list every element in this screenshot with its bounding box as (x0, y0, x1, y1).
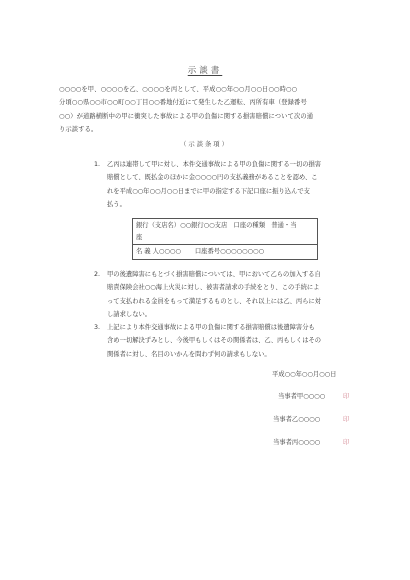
seal-icon: 印 (343, 437, 349, 446)
party-c-signature: 当事者丙○○○○ (273, 437, 320, 446)
party-b-signature: 当事者乙○○○○ (273, 414, 320, 423)
clause-line: 関係者に対し、名目のいかんを問わず何の請求もしない。 (107, 348, 357, 361)
clause-line: 甲の後遺障害にもとづく損害賠償については、甲において乙らの加入する自 (107, 268, 357, 281)
clause-line: 払う。 (107, 198, 357, 211)
intro-line: り示談する。 (59, 123, 351, 136)
bank-branch-cell: 銀行（支店名）○○銀行○○支店 口座の種類 普通・当 座 (133, 219, 318, 245)
clause-line: 上記により本件交通事故による甲の負傷に関する損害賠償は後遺障害分も (107, 321, 357, 334)
clause-line: 賠償として、既払金のほかに金○○○○円の支払義務があることを認め、こ (107, 171, 357, 184)
seal-icon: 印 (343, 414, 349, 423)
intro-paragraph: ○○○○を甲、○○○○を乙、○○○○を丙として、平成○○年○○月○○日○○時○○… (59, 83, 351, 136)
bank-row: 銀行（支店名）○○銀行○○支店 口座の種類 普通・当 座 (133, 219, 318, 245)
clause-line: し請求しない。 (107, 308, 357, 321)
intro-line: ○○）が道路横断中の甲に衝突した事故による甲の負傷に関する損害賠償について次の通 (59, 110, 351, 123)
intro-line: 分頃○○県○○市○○町○○丁目○○番地付近にて発生した乙運転、丙所有車（登録番号 (59, 96, 351, 109)
clause-line: 含め一切解決ずみとし、今後甲もしくはその関係者は、乙、丙もしくはその (107, 334, 357, 347)
seal-icon: 印 (343, 391, 349, 400)
clause-body: 上記により本件交通事故による甲の負傷に関する損害賠償は後遺障害分も 含め一切解決… (107, 321, 357, 361)
clause-line: 乙丙は連帯して甲に対し、本件交通事故による甲の負傷に関する一切の損害 (107, 158, 357, 171)
bank-branch-text: 銀行（支店名）○○銀行○○支店 口座の種類 普通・当 (136, 220, 314, 232)
bank-branch-text-cont: 座 (136, 232, 314, 244)
document-title: 示談書 (0, 64, 410, 76)
clauses-heading: （示談条項） (0, 139, 410, 148)
document-page: 示談書 ○○○○を甲、○○○○を乙、○○○○を丙として、平成○○年○○月○○日○… (0, 0, 410, 580)
bank-account-table: 銀行（支店名）○○銀行○○支店 口座の種類 普通・当 座 名 義 人○○○○口座… (132, 218, 318, 260)
clause-body: 甲の後遺障害にもとづく損害賠償については、甲において乙らの加入する自 賠責保険会… (107, 268, 357, 321)
clause-line: 賠責保険会社○○海上火災に対し、被害者請求の手続をとり、この手続によ (107, 281, 357, 294)
clause-number: 3. (94, 321, 100, 334)
holder-cell: 名 義 人○○○○口座番号○○○○○○○○ (133, 245, 318, 260)
account-number: 口座番号○○○○○○○○ (195, 248, 264, 255)
clause-line: って支払われる金員をもって満足するものとし、それ以上には乙、丙らに対 (107, 295, 357, 308)
title-text: 示談書 (188, 66, 223, 76)
intro-line: ○○○○を甲、○○○○を乙、○○○○を丙として、平成○○年○○月○○日○○時○○ (59, 83, 351, 96)
account-holder: 名 義 人○○○○ (136, 248, 181, 255)
signature-date: 平成○○年○○月○○日 (272, 369, 336, 378)
clause-number: 1. (94, 158, 100, 171)
clause-body: 乙丙は連帯して甲に対し、本件交通事故による甲の負傷に関する一切の損害 賠償として… (107, 158, 357, 211)
clause-line: れを平成○○年○○月○○日までに甲の指定する下記口座に振り込んで支 (107, 185, 357, 198)
clause-number: 2. (94, 268, 100, 281)
holder-row: 名 義 人○○○○口座番号○○○○○○○○ (133, 245, 318, 260)
party-a-signature: 当事者甲○○○○ (278, 391, 325, 400)
